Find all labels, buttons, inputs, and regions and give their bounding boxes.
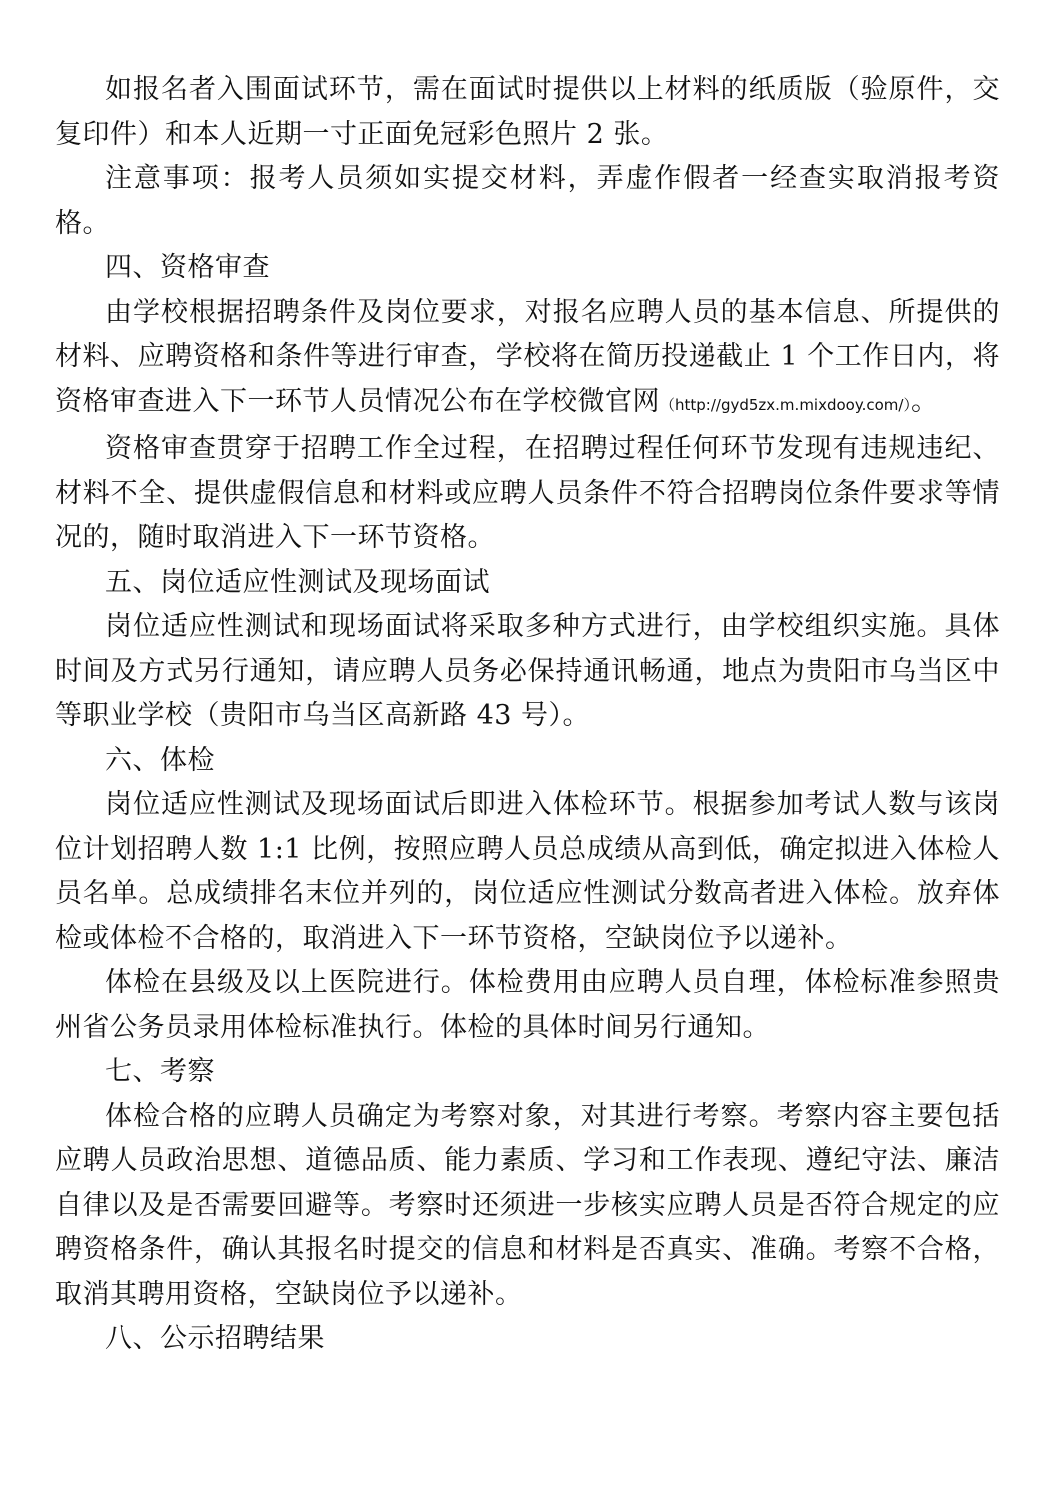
paragraph-review-throughout: 资格审查贯穿于招聘工作全过程，在招聘过程任何环节发现有违规违纪、材料不全、提供虚…	[55, 427, 1000, 561]
paragraph-assessment-content: 体检合格的应聘人员确定为考察对象，对其进行考察。考察内容主要包括应聘人员政治思想…	[55, 1095, 1000, 1318]
paragraph-exam-hospital: 体检在县级及以上医院进行。体检费用由应聘人员自理，体检标准参照贵州省公务员录用体…	[55, 961, 1000, 1050]
heading-publish-results: 八、公示招聘结果	[55, 1317, 1000, 1362]
paragraph-exam-ratio: 岗位适应性测试及现场面试后即进入体检环节。根据参加考试人数与该岗位计划招聘人数 …	[55, 783, 1000, 961]
heading-qualification-review: 四、资格审查	[55, 246, 1000, 291]
paragraph-test-details: 岗位适应性测试和现场面试将采取多种方式进行，由学校组织实施。具体时间及方式另行通…	[55, 605, 1000, 739]
heading-aptitude-test: 五、岗位适应性测试及现场面试	[55, 561, 1000, 606]
heading-physical-exam: 六、体检	[55, 739, 1000, 784]
document-page: 如报名者入围面试环节，需在面试时提供以上材料的纸质版（验原件，交复印件）和本人近…	[55, 68, 1000, 1362]
school-website-link[interactable]: （http://gyd5zx.m.mixdooy.com/）	[660, 396, 911, 414]
paragraph-review-process: 由学校根据招聘条件及岗位要求，对报名应聘人员的基本信息、所提供的材料、应聘资格和…	[55, 291, 1000, 428]
heading-assessment: 七、考察	[55, 1050, 1000, 1095]
paragraph-interview-materials: 如报名者入围面试环节，需在面试时提供以上材料的纸质版（验原件，交复印件）和本人近…	[55, 68, 1000, 157]
paragraph-notice: 注意事项：报考人员须如实提交材料，弄虚作假者一经查实取消报考资格。	[55, 157, 1000, 246]
review-text-end: 。	[911, 386, 939, 417]
